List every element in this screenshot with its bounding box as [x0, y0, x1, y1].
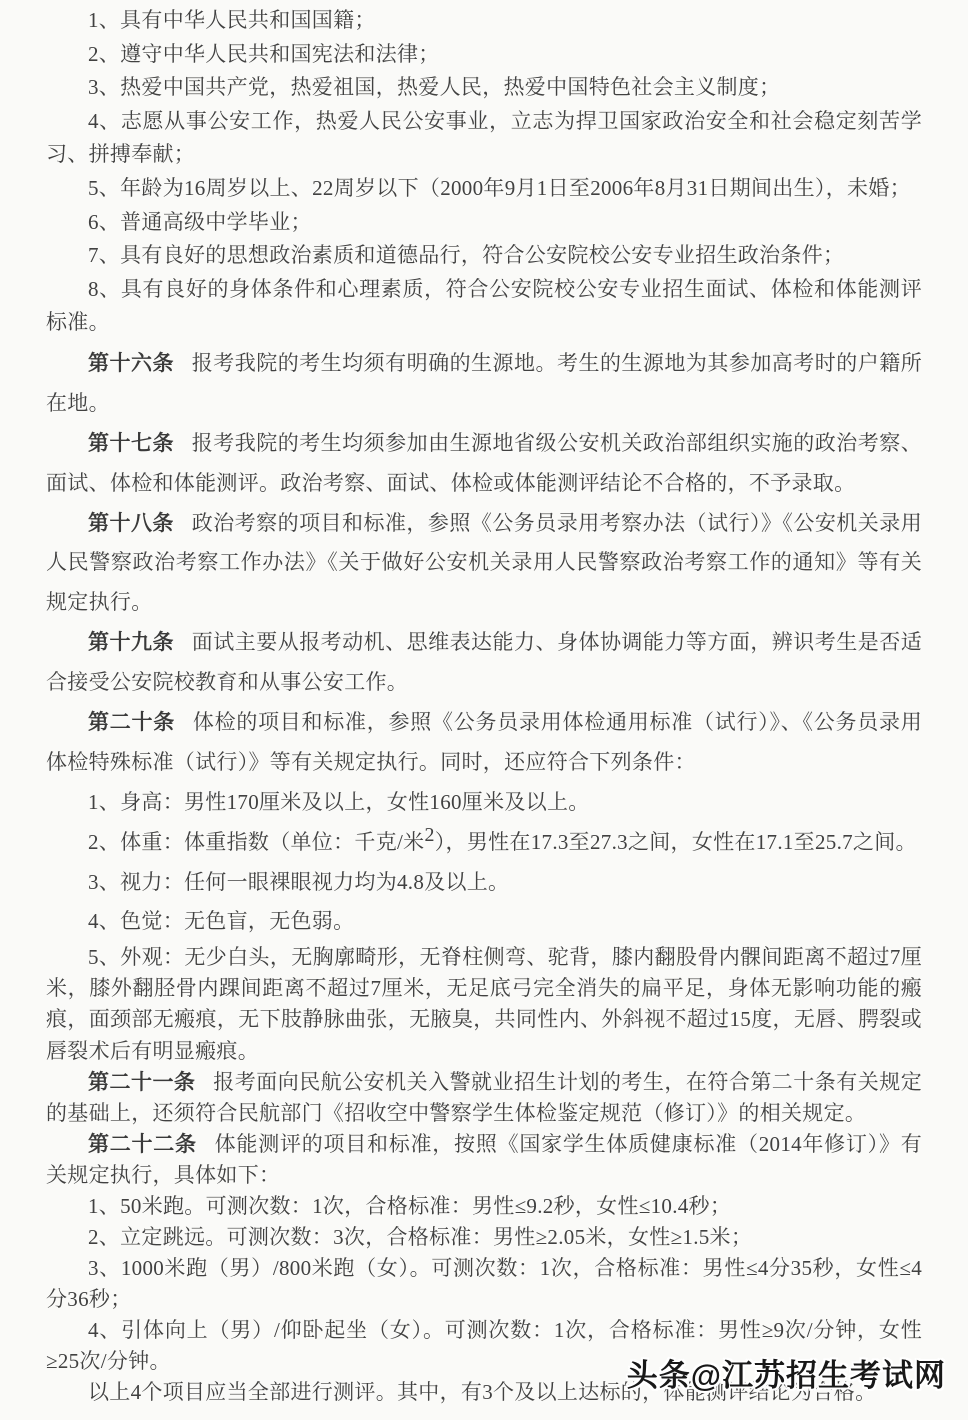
articles-section: 第十六条报考我院的考生均须有明确的生源地。考生的生源地为其参加高考时的户籍所在地…	[46, 344, 922, 942]
article-number: 第十七条	[88, 431, 174, 455]
fitness-item-long-jump: 2、立定跳远。可测次数：3次，合格标准：男性≥2.05米，女性≥1.5米；	[46, 1222, 922, 1253]
physical-item-color-vision: 4、色觉：无色盲，无色弱。	[46, 902, 922, 942]
document-page: 1、具有中华人民共和国国籍； 2、遵守中华人民共和国宪法和法律； 3、热爱中国共…	[0, 0, 968, 1420]
article-paragraph: 第二十二条体能测评的项目和标准，按照《国家学生体质健康标准（2014年修订）》有…	[46, 1129, 922, 1191]
list-item: 2、遵守中华人民共和国宪法和法律；	[46, 38, 922, 72]
fitness-section: 5、外观：无少白头，无胸廓畸形，无脊柱侧弯、驼背，膝内翻股骨内髁间距离不超过7厘…	[46, 942, 922, 1408]
article-text: 报考我院的考生均须参加由生源地省级公安机关政治部组织实施的政治考察、面试、体检和…	[46, 431, 922, 495]
article-text: 体检的项目和标准，参照《公务员录用体检通用标准（试行）》、《公务员录用体检特殊标…	[46, 710, 922, 774]
article-number: 第十九条	[88, 630, 174, 654]
article-text: 面试主要从报考动机、思维表达能力、身体协调能力等方面，辨识考生是否适合接受公安院…	[46, 630, 922, 694]
article-paragraph: 第十九条面试主要从报考动机、思维表达能力、身体协调能力等方面，辨识考生是否适合接…	[46, 623, 922, 703]
eligibility-list: 1、具有中华人民共和国国籍； 2、遵守中华人民共和国宪法和法律； 3、热爱中国共…	[46, 4, 922, 340]
article-text: 报考我院的考生均须有明确的生源地。考生的生源地为其参加高考时的户籍所在地。	[46, 351, 922, 415]
list-item: 7、具有良好的思想政治素质和道德品行，符合公安院校公安专业招生政治条件；	[46, 239, 922, 273]
bmi-text-pre: 2、体重：体重指数（单位：千克/米	[88, 830, 424, 854]
list-item: 8、具有良好的身体条件和心理素质，符合公安院校公安专业招生面试、体检和体能测评标…	[46, 273, 922, 340]
article-paragraph: 第二十一条报考面向民航公安机关入警就业招生计划的考生，在符合第二十条有关规定的基…	[46, 1067, 922, 1129]
physical-item-vision: 3、视力：任何一眼裸眼视力均为4.8及以上。	[46, 863, 922, 903]
list-item: 4、志愿从事公安工作，热爱人民公安事业，立志为捍卫国家政治安全和社会稳定刻苦学习…	[46, 105, 922, 172]
watermark: 头条@江苏招生考试网	[627, 1350, 946, 1395]
article-number: 第二十条	[88, 710, 175, 734]
list-item: 3、热爱中国共产党，热爱祖国，热爱人民，热爱中国特色社会主义制度；	[46, 71, 922, 105]
article-paragraph: 第二十条体检的项目和标准，参照《公务员录用体检通用标准（试行）》、《公务员录用体…	[46, 703, 922, 783]
physical-item-height: 1、身高：男性170厘米及以上，女性160厘米及以上。	[46, 783, 922, 823]
physical-item-bmi: 2、体重：体重指数（单位：千克/米2），男性在17.3至27.3之间，女性在17…	[46, 823, 922, 863]
article-number: 第十六条	[88, 351, 174, 375]
list-item: 1、具有中华人民共和国国籍；	[46, 4, 922, 38]
bmi-text-post: ），男性在17.3至27.3之间，女性在17.1至25.7之间。	[435, 830, 917, 854]
article-number: 第二十二条	[88, 1132, 197, 1156]
article-paragraph: 第十八条政治考察的项目和标准，参照《公务员录用考察办法（试行）》《公安机关录用人…	[46, 504, 922, 624]
article-paragraph: 第十七条报考我院的考生均须参加由生源地省级公安机关政治部组织实施的政治考察、面试…	[46, 424, 922, 504]
list-item: 5、年龄为16周岁以上、22周岁以下（2000年9月1日至2006年8月31日期…	[46, 172, 922, 206]
article-paragraph: 第十六条报考我院的考生均须有明确的生源地。考生的生源地为其参加高考时的户籍所在地…	[46, 344, 922, 424]
physical-item-appearance: 5、外观：无少白头，无胸廓畸形，无脊柱侧弯、驼背，膝内翻股骨内髁间距离不超过7厘…	[46, 942, 922, 1066]
fitness-item-sprint: 1、50米跑。可测次数：1次，合格标准：男性≤9.2秒，女性≤10.4秒；	[46, 1191, 922, 1222]
article-text: 政治考察的项目和标准，参照《公务员录用考察办法（试行）》《公安机关录用人民警察政…	[46, 511, 922, 615]
article-number: 第十八条	[88, 511, 174, 535]
fitness-item-distance-run: 3、1000米跑（男）/800米跑（女）。可测次数：1次，合格标准：男性≤4分3…	[46, 1253, 922, 1315]
bmi-superscript: 2	[424, 824, 434, 846]
article-number: 第二十一条	[88, 1070, 195, 1094]
list-item: 6、普通高级中学毕业；	[46, 206, 922, 240]
